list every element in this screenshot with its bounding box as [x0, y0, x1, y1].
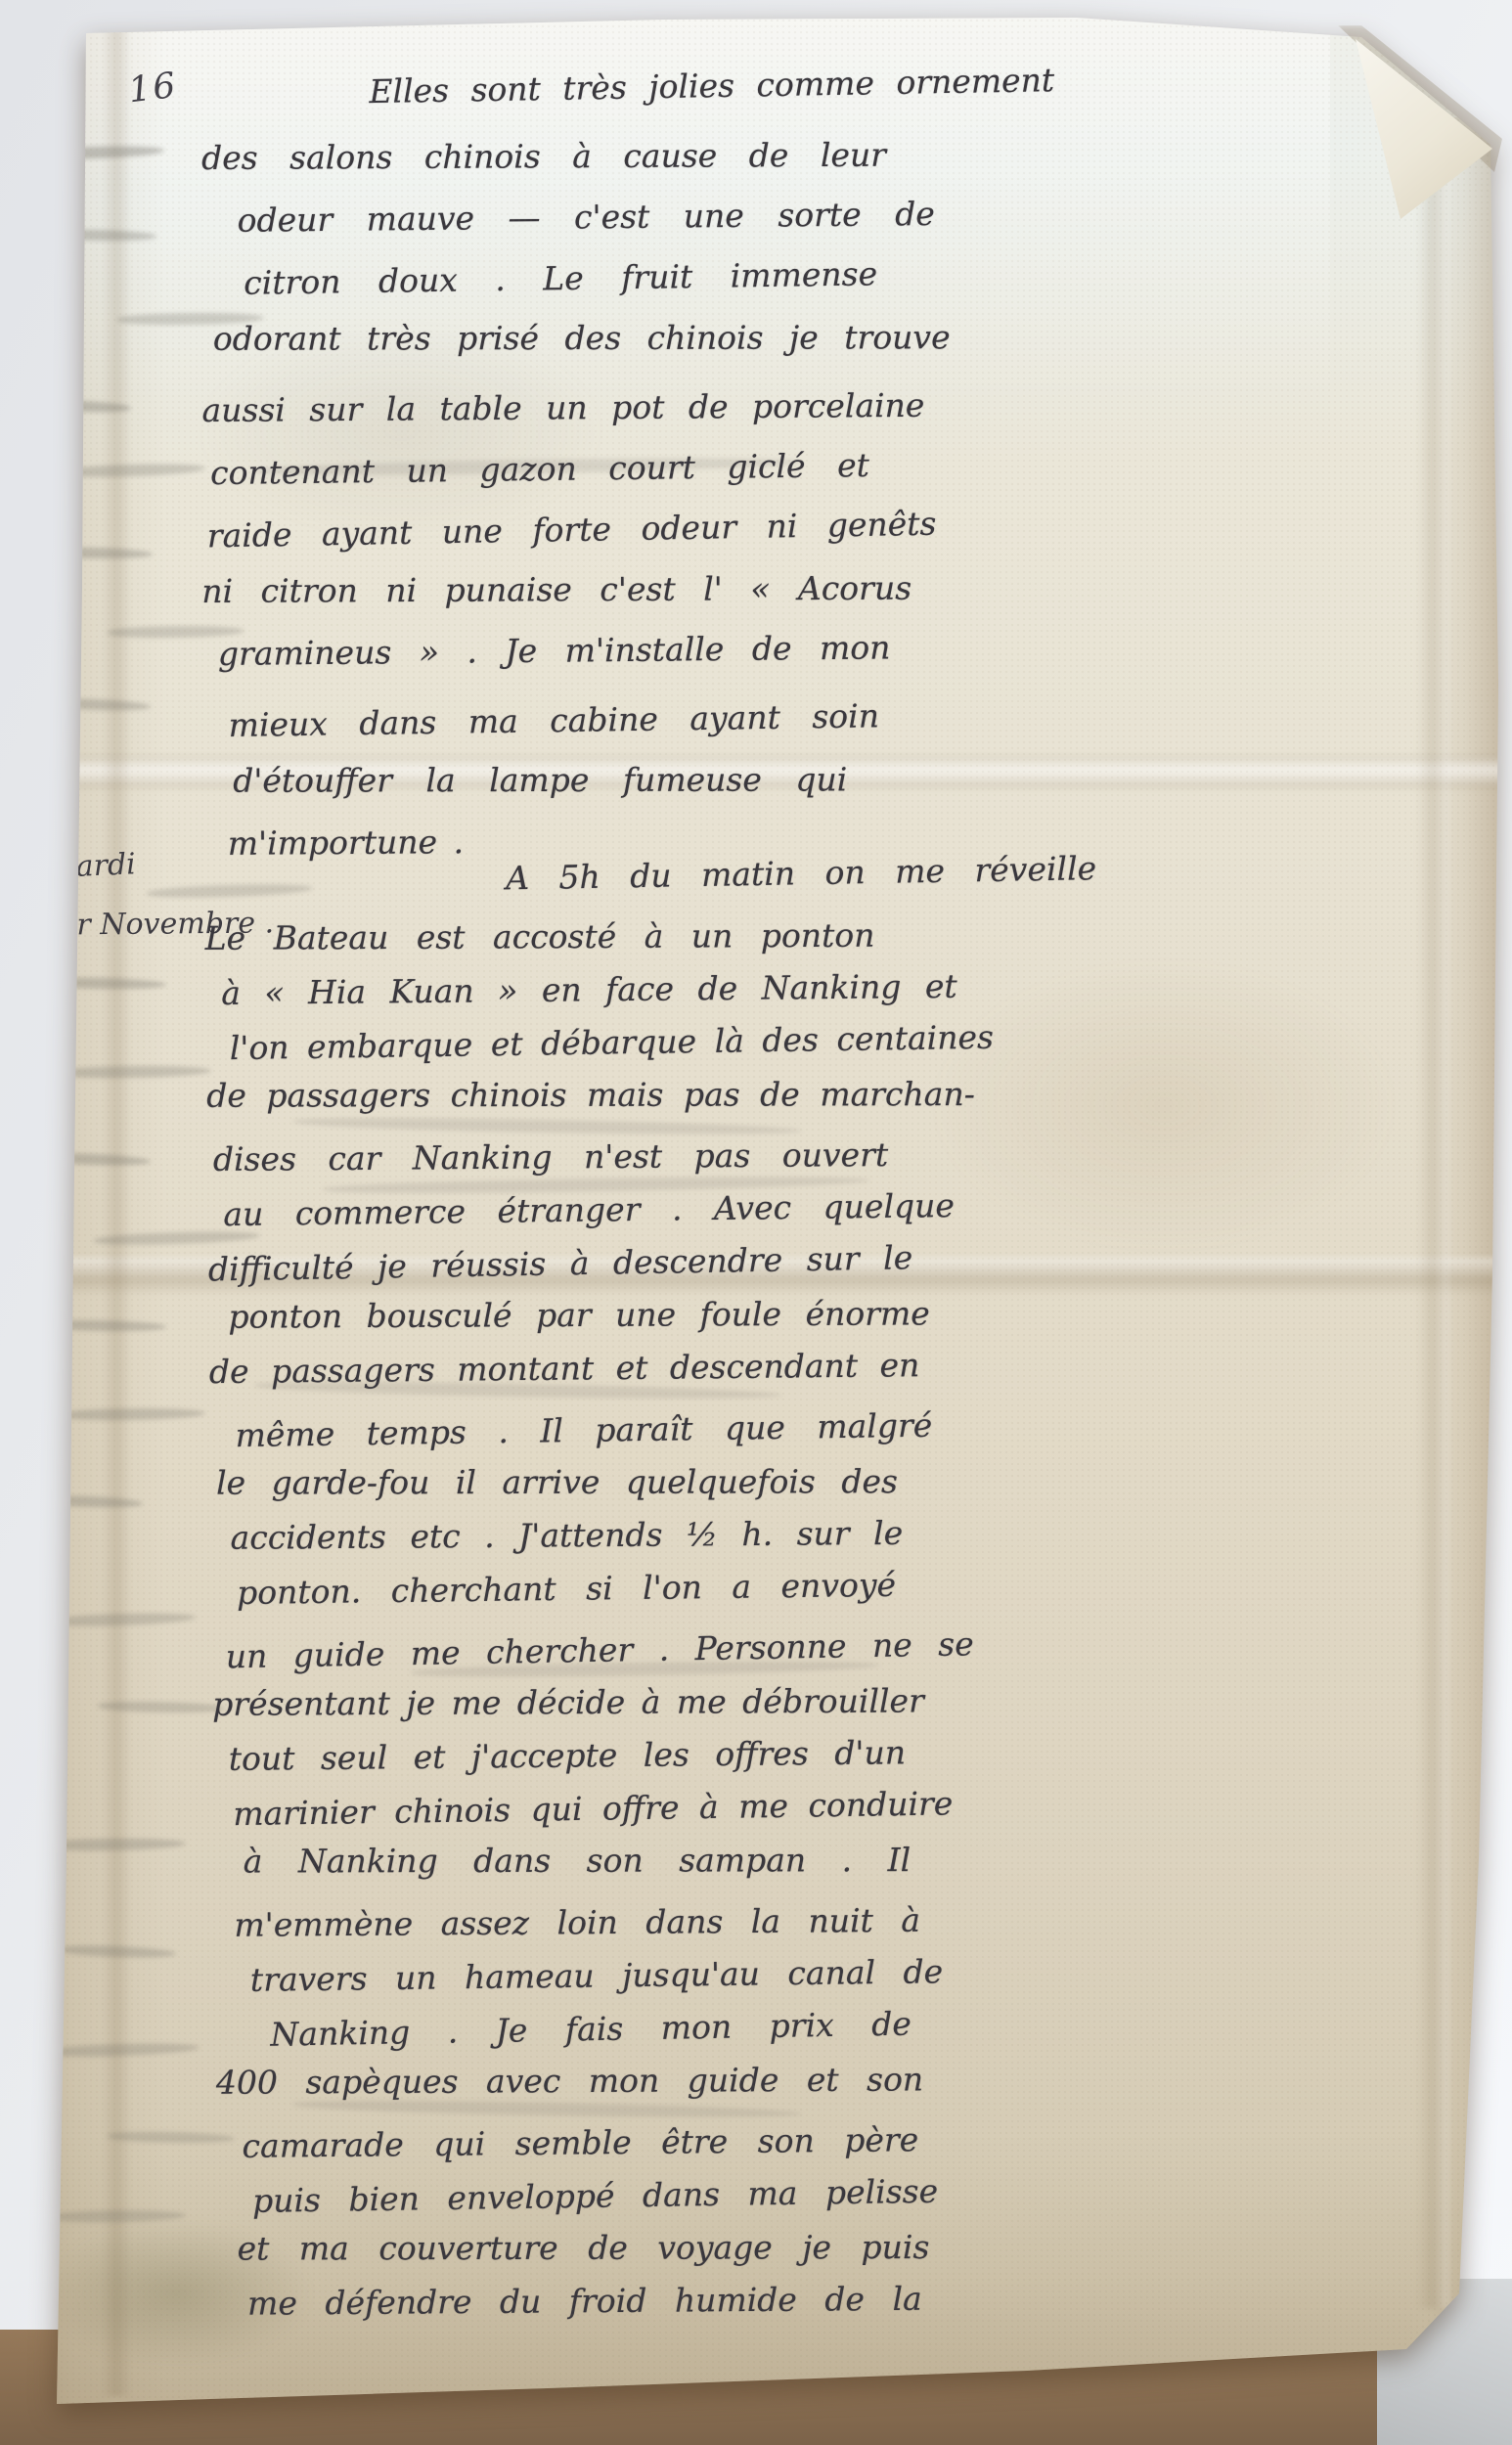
journal-line: gramineus » . Je m'installe de mon — [218, 615, 1060, 686]
handwriting-layer: 16 Mardi 1er Novembre . Elles sont très … — [0, 0, 1512, 2445]
journal-line: me défendre du froid humide de la — [247, 2270, 1110, 2331]
journal-line: mieux dans ma cabine ayant soin — [228, 683, 1061, 757]
journal-line: d'étouffer la lampe fumeuse qui — [233, 748, 1061, 813]
journal-paragraph: A 5h du matin on me réveilleLe Bateau es… — [204, 847, 1111, 2334]
journal-line: le garde-fou il arrive quelquefois des — [216, 1454, 1102, 1511]
journal-line: présentant je me décide à me débrouiller — [212, 1673, 1104, 1732]
journal-line: ponton. cherchant si l'on a envoyé — [237, 1555, 1104, 1621]
journal-line: puis bien enveloppé dans ma pelisse — [252, 2161, 1110, 2229]
journal-line: citron doux . Le fruit immense — [244, 241, 1057, 315]
journal-line: 400 sapèques avec mon guide et son — [216, 2052, 1108, 2111]
journal-line: l'on embarque et débarque là des centain… — [229, 1008, 1098, 1076]
journal-line: Elles sont très jolies comme ornement — [369, 49, 1055, 123]
journal-line: de passagers chinois mais pas de marchan… — [206, 1067, 1098, 1124]
journal-line: marinier chinois qui offre à me conduire — [233, 1774, 1106, 1842]
journal-line: A 5h du matin on me réveille — [506, 841, 1097, 906]
manuscript-page: 16 Mardi 1er Novembre . Elles sont très … — [0, 0, 1512, 2445]
journal-line: à Nanking dans son sampan . Il — [244, 1833, 1106, 1889]
page-number: 16 — [126, 66, 179, 111]
journal-line: même temps . Il paraît que malgré — [235, 1396, 1102, 1463]
manuscript-page-wrapper: 16 Mardi 1er Novembre . Elles sont très … — [0, 0, 1512, 2445]
journal-line: de passagers montant et descendant en — [209, 1336, 1102, 1400]
journal-line: Le Bateau est accosté à un ponton — [205, 908, 1097, 966]
journal-paragraph: Elles sont très jolies comme ornementdes… — [197, 56, 1062, 877]
journal-line: raide ayant une forte odeur ni genêts — [206, 490, 1059, 567]
journal-line: et ma couverture de voyage je puis — [238, 2220, 1110, 2277]
journal-line: ponton bousculé par une foule énorme — [228, 1286, 1100, 1345]
photo-of-manuscript: { "journal": { "page_number": "16", "mar… — [0, 0, 1512, 2445]
journal-line: des salons chinois à cause de leur — [201, 123, 1055, 190]
journal-line: aussi sur la table un pot de porcelaine — [201, 374, 1057, 442]
journal-line: ni citron ni punaise c'est l' « Acorus — [201, 556, 1059, 623]
journal-line: odorant très prisé des chinois je trouve — [213, 306, 1057, 371]
margin-note-day: Mardi — [45, 847, 136, 885]
